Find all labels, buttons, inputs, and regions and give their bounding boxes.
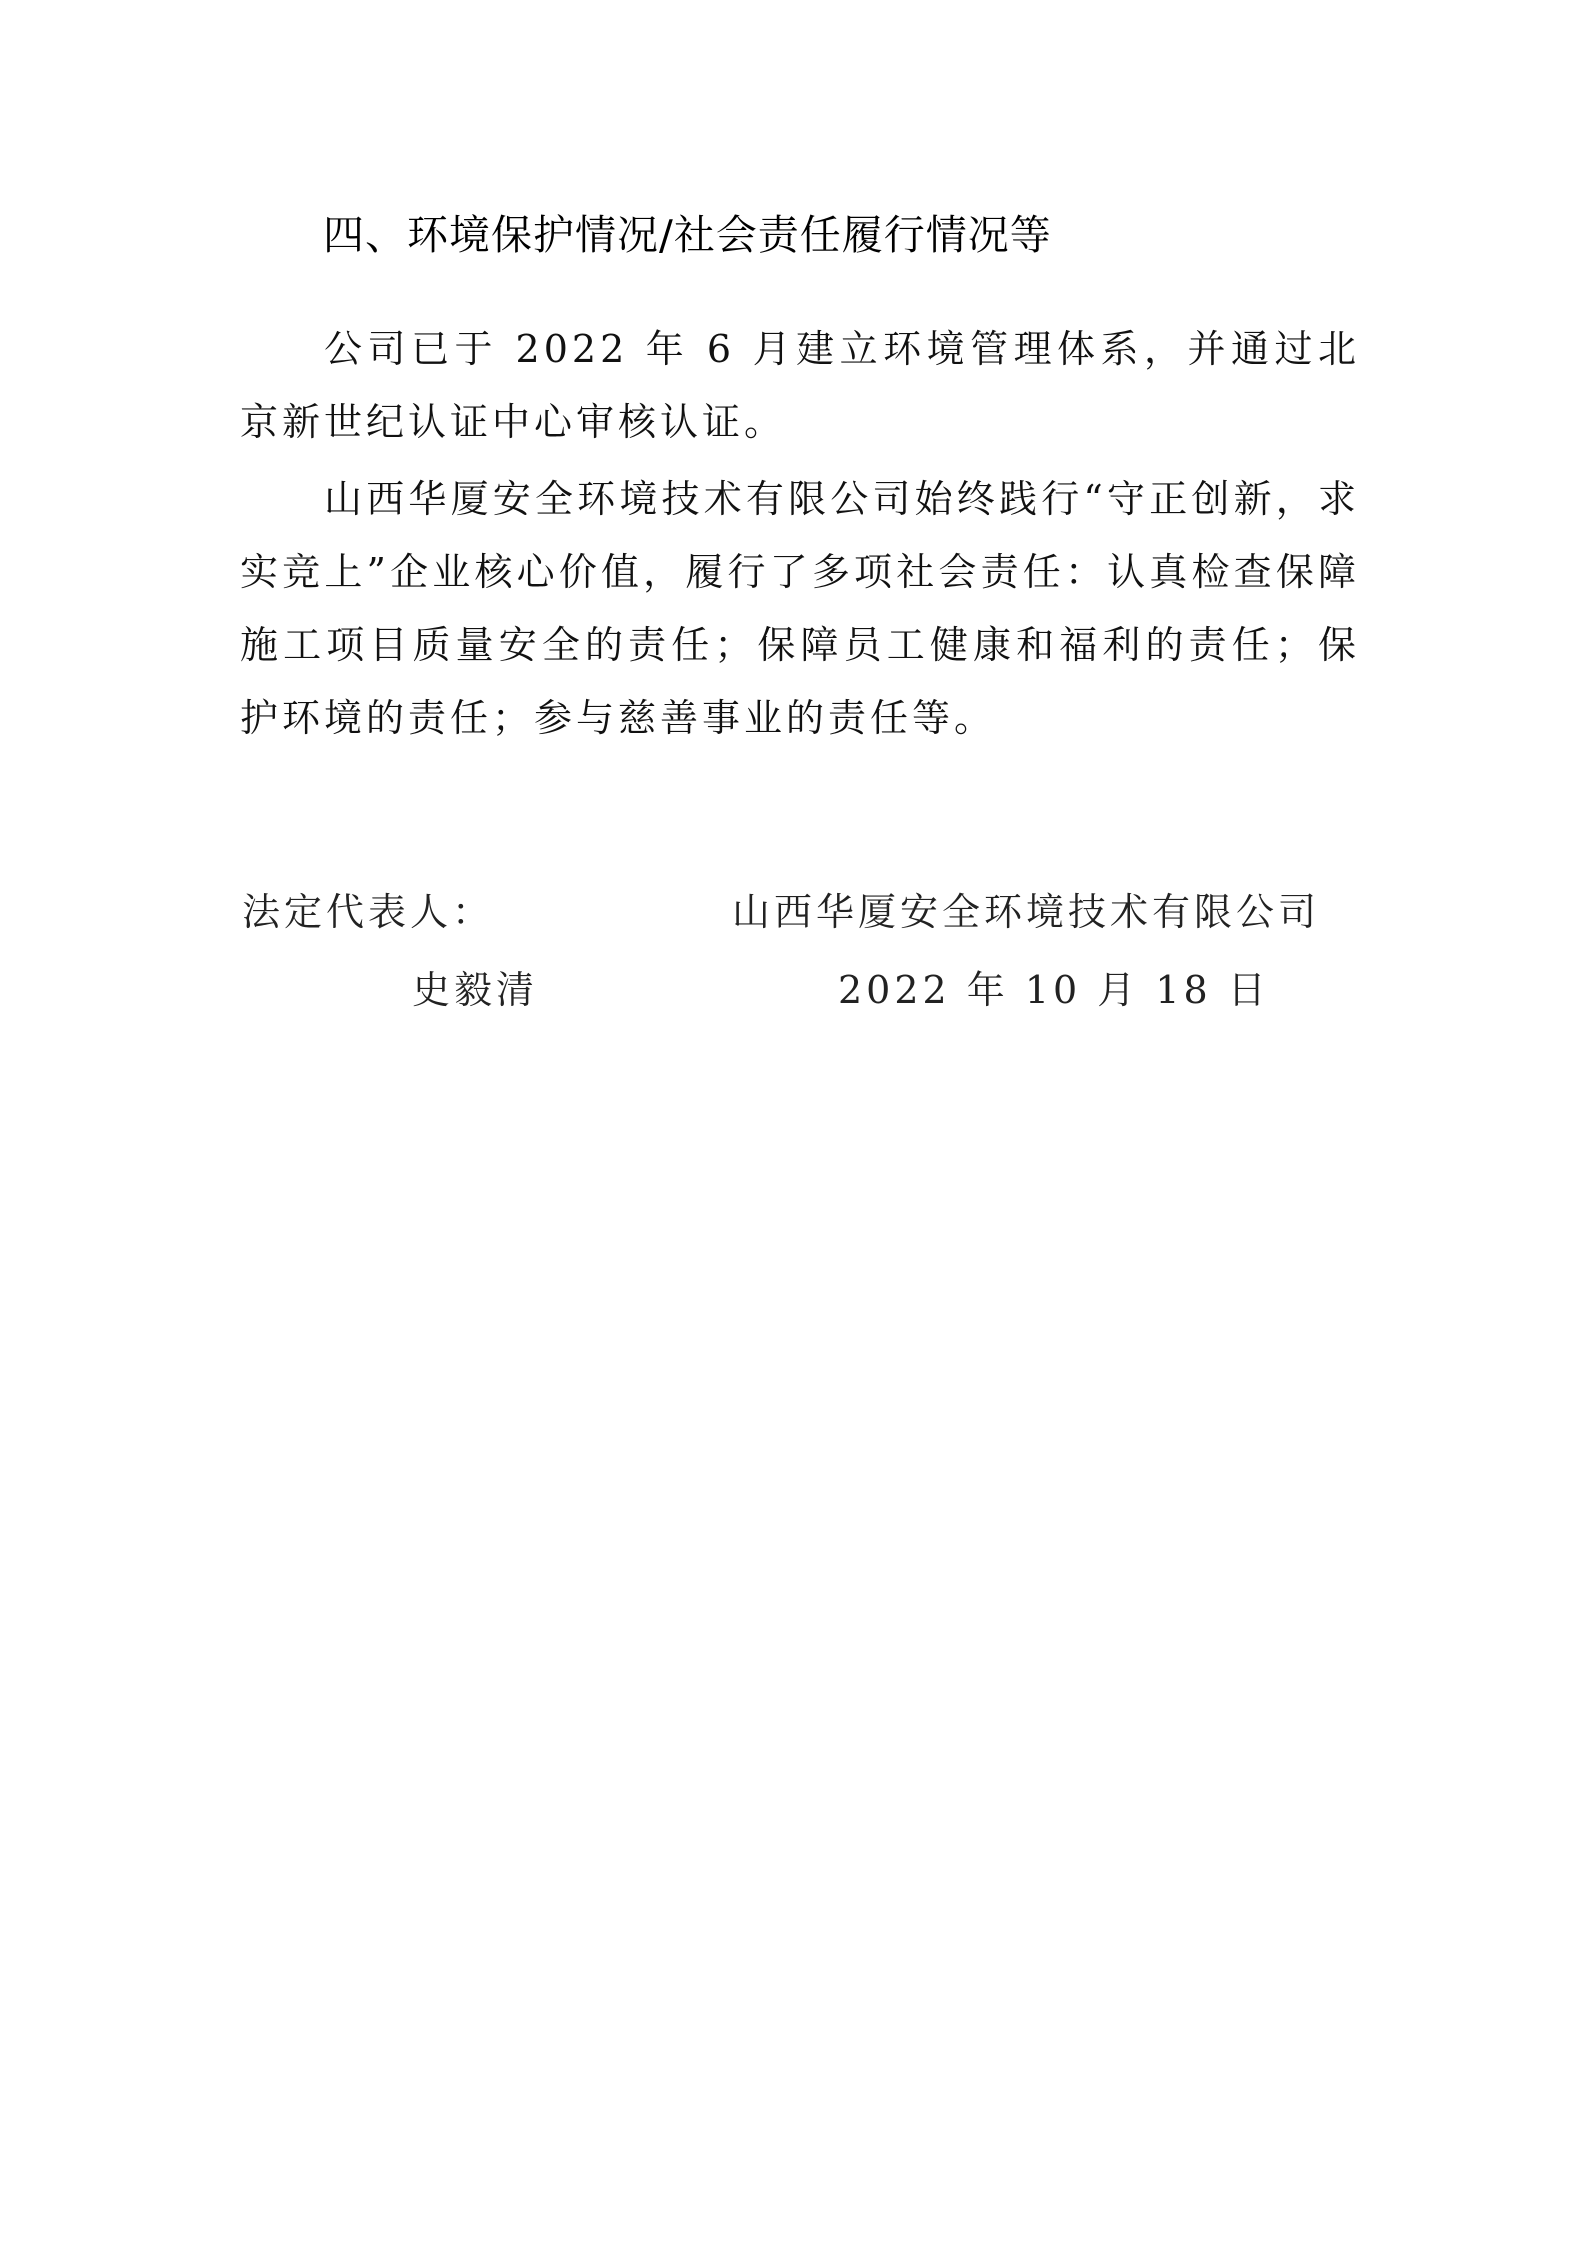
signature-date: 2022 年 10 月 18 日 [838,960,1270,1020]
legal-representative-label: 法定代表人： [242,882,494,942]
legal-representative-name: 史毅清 [412,960,538,1020]
section-heading: 四、环境保护情况/社会责任履行情况等 [323,205,1052,265]
paragraph-social-responsibility: 山西华厦安全环境技术有限公司始终践行“守正创新，求实竞上”企业核心价值，履行了多… [240,463,1360,755]
document-page: 四、环境保护情况/社会责任履行情况等 公司已于 2022 年 6 月建立环境管理… [0,0,1587,2245]
company-name: 山西华厦安全环境技术有限公司 [732,882,1320,942]
paragraph-environment-management: 公司已于 2022 年 6 月建立环境管理体系，并通过北京新世纪认证中心审核认证… [240,313,1360,459]
